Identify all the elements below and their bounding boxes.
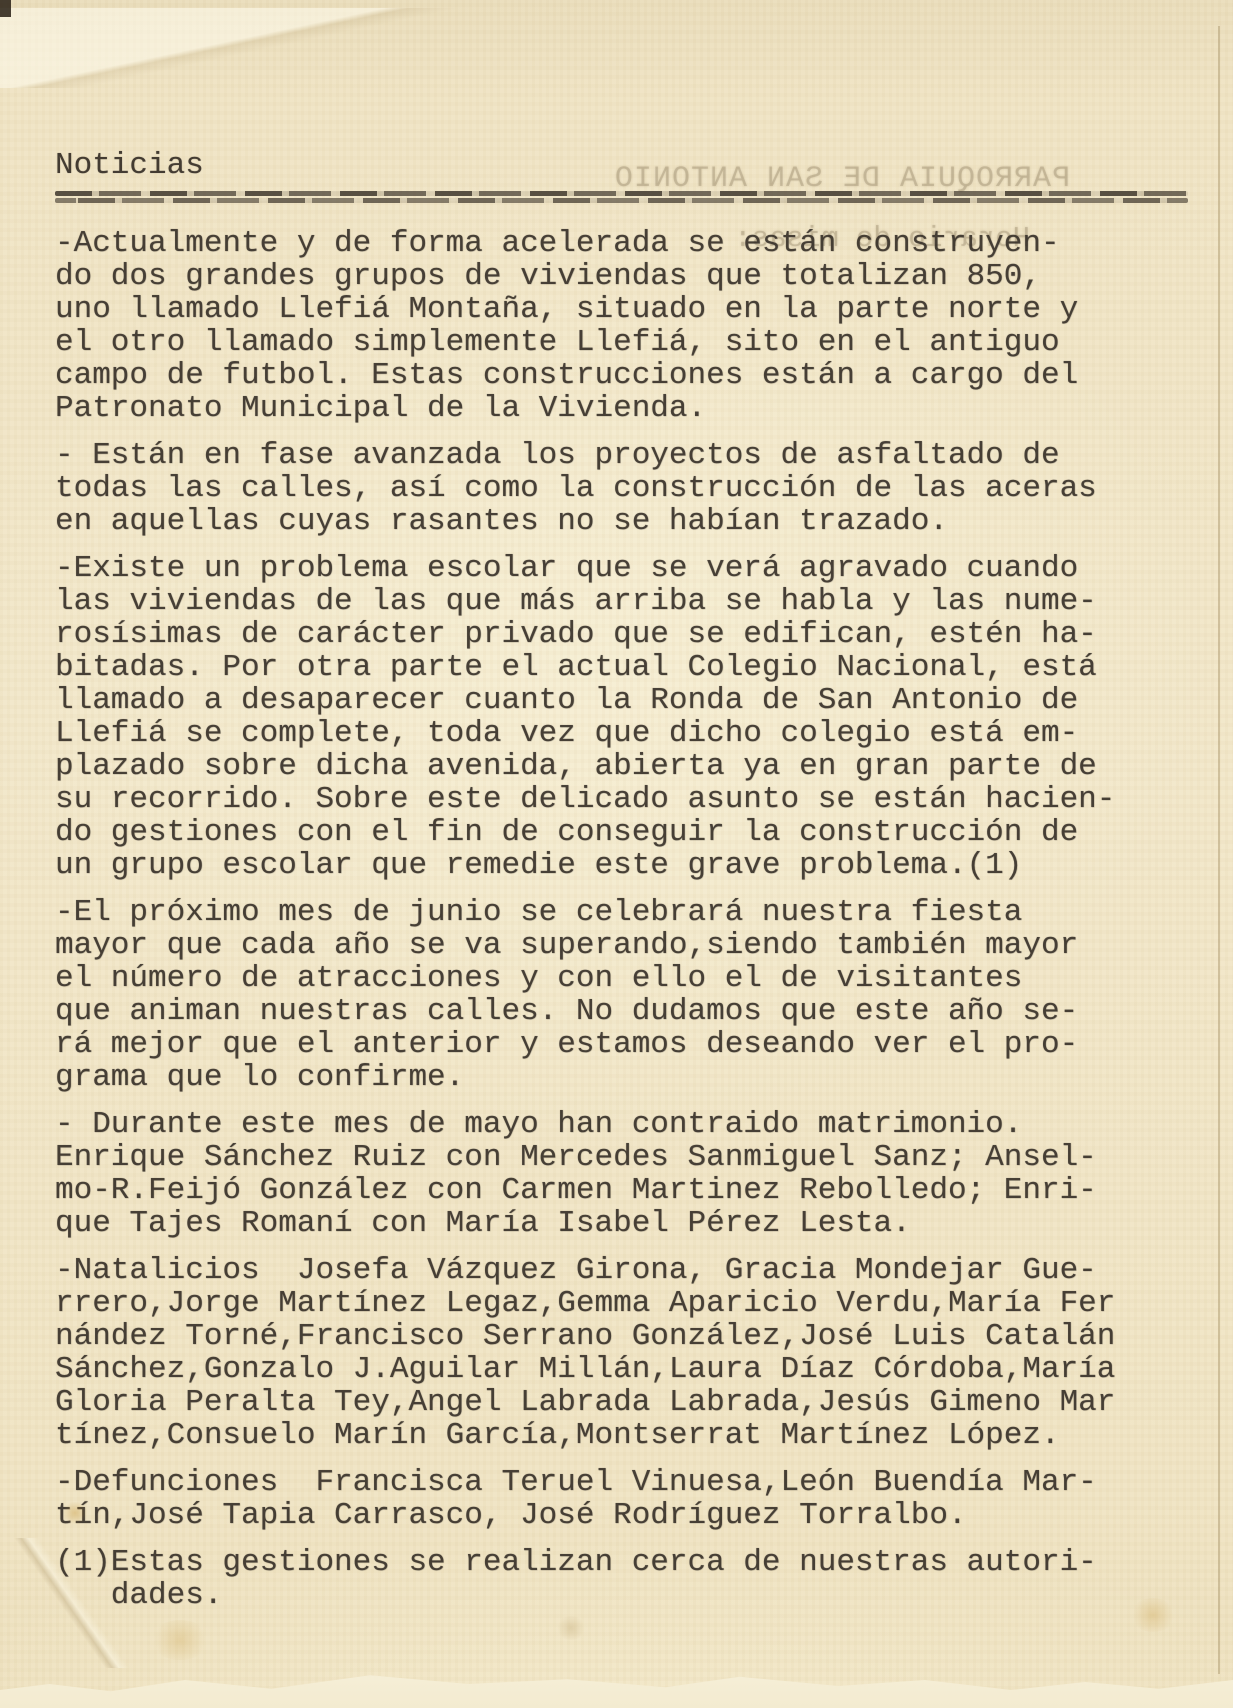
text-line: nández Torné,Francisco Serrano González,… [55,1320,1190,1353]
text-line: Enrique Sánchez Ruiz con Mercedes Sanmig… [55,1141,1190,1174]
paper-crease-top [0,8,460,88]
page-title: Noticias [55,148,1190,184]
scanned-document-page: PARROQUIA DE SAN ANTONIO Horario de misa… [0,0,1233,1708]
paper-edge-line [1218,26,1220,1674]
text-line: uno llamado Llefiá Montaña, situado en l… [55,293,1190,326]
text-line: -Defunciones Francisca Teruel Vinuesa,Le… [55,1466,1190,1499]
scan-corner-mark [0,0,11,17]
text-line: grama que lo confirme. [55,1061,1190,1094]
text-line: Sánchez,Gonzalo J.Aguilar Millán,Laura D… [55,1353,1190,1386]
text-line: un grupo escolar que remedie este grave … [55,849,1190,882]
text-line: - Están en fase avanzada los proyectos d… [55,439,1190,472]
text-line: plazado sobre dicha avenida, abierta ya … [55,750,1190,783]
text-line: (1)Estas gestiones se realizan cerca de … [55,1546,1190,1579]
body-paragraph: - Están en fase avanzada los proyectos d… [55,439,1190,538]
text-line: do dos grandes grupos de viviendas que t… [55,260,1190,293]
text-line: todas las calles, así como la construcci… [55,472,1190,505]
body-paragraph: -Natalicios Josefa Vázquez Girona, Graci… [55,1254,1190,1452]
body-paragraph: -El próximo mes de junio se celebrará nu… [55,896,1190,1094]
text-line: el otro llamado simplemente Llefiá, sito… [55,326,1190,359]
body-paragraph: -Existe un problema escolar que se verá … [55,552,1190,882]
text-line: campo de futbol. Estas construcciones es… [55,359,1190,392]
paper-stain [150,1620,210,1660]
text-line: Gloria Peralta Tey,Angel Labrada Labrada… [55,1386,1190,1419]
text-line: -El próximo mes de junio se celebrará nu… [55,896,1190,929]
text-line: -Actualmente y de forma acelerada se est… [55,227,1190,260]
body-paragraph: -Defunciones Francisca Teruel Vinuesa,Le… [55,1466,1190,1532]
text-line: en aquellas cuyas rasantes no se habían … [55,505,1190,538]
text-line: rá mejor que el anterior y estamos desea… [55,1028,1190,1061]
text-line: las viviendas de las que más arriba se h… [55,585,1190,618]
text-line: Patronato Municipal de la Vivienda. [55,392,1190,425]
text-line: dades. [55,1579,1190,1612]
document-content: Noticias -Actualmente y de forma acelera… [55,148,1190,1626]
body-paragraph: - Durante este mes de mayo han contraido… [55,1108,1190,1240]
text-line: tín,José Tapia Carrasco, José Rodríguez … [55,1499,1190,1532]
text-line: tínez,Consuelo Marín García,Montserrat M… [55,1419,1190,1452]
text-line: mo-R.Feijó González con Carmen Martinez … [55,1174,1190,1207]
text-line: bitadas. Por otra parte el actual Colegi… [55,651,1190,684]
text-line: - Durante este mes de mayo han contraido… [55,1108,1190,1141]
text-line: el número de atracciones y con ello el d… [55,962,1190,995]
text-line: rosísimas de carácter privado que se edi… [55,618,1190,651]
text-line: mayor que cada año se va superando,siend… [55,929,1190,962]
footnote: (1)Estas gestiones se realizan cerca de … [55,1546,1190,1612]
body-paragraph: -Actualmente y de forma acelerada se est… [55,227,1190,425]
text-line: -Existe un problema escolar que se verá … [55,552,1190,585]
text-line: su recorrido. Sobre este delicado asunto… [55,783,1190,816]
body-text: -Actualmente y de forma acelerada se est… [55,227,1190,1532]
text-line: llamado a desaparecer cuanto la Ronda de… [55,684,1190,717]
text-line: do gestiones con el fin de conseguir la … [55,816,1190,849]
title-underline-rule [55,190,1188,205]
torn-bottom-edge [0,1668,1233,1708]
text-line: -Natalicios Josefa Vázquez Girona, Graci… [55,1254,1190,1287]
text-line: rrero,Jorge Martínez Legaz,Gemma Aparici… [55,1287,1190,1320]
text-line: que Tajes Romaní con María Isabel Pérez … [55,1207,1190,1240]
text-line: que animan nuestras calles. No dudamos q… [55,995,1190,1028]
text-line: Llefiá se complete, toda vez que dicho c… [55,717,1190,750]
